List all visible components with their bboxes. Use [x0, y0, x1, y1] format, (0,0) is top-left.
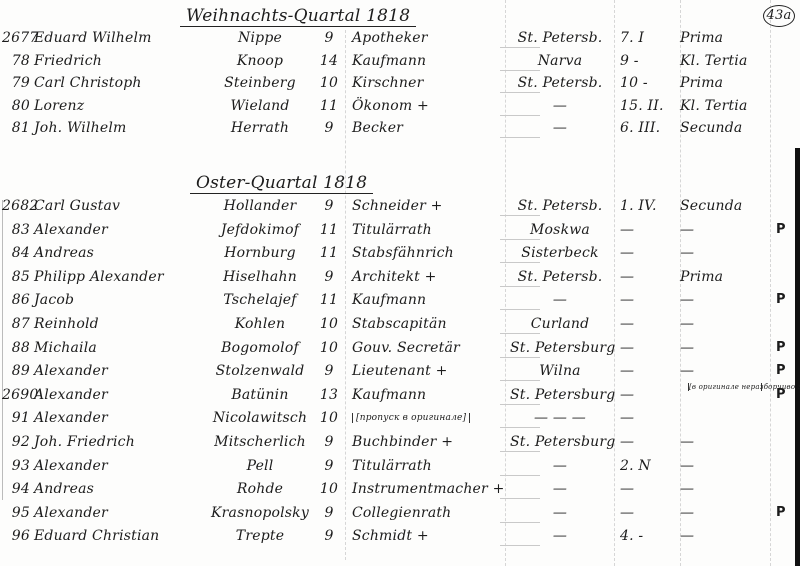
surname: Hornburg [210, 245, 310, 261]
first-name: Lorenz [34, 98, 84, 114]
grade: [в оригинале неразборчиво запись] [688, 383, 762, 391]
origin-place: St. Petersb. [510, 75, 610, 91]
father-occupation: Apotheker [352, 30, 428, 46]
ruled-line [500, 115, 540, 116]
class-entry: — [620, 434, 668, 450]
table-row: 92Joh. FriedrichMitscherlich9Buchbinder … [0, 434, 795, 456]
father-occupation: Titulärrath [352, 458, 432, 474]
first-name: Carl Gustav [34, 198, 120, 214]
grade: Prima [680, 75, 770, 91]
father-occupation: Becker [352, 120, 403, 136]
entry-number: 2682 [2, 198, 30, 214]
first-name: Carl Christoph [34, 75, 142, 91]
ruled-line [500, 137, 540, 138]
table-row: 2682Carl GustavHollander9Schneider +St. … [0, 198, 795, 220]
ruled-line [500, 47, 540, 48]
father-occupation: Stabsfähnrich [352, 245, 454, 261]
age: 10 [318, 75, 340, 91]
age: 9 [318, 120, 340, 136]
origin-place: — [510, 458, 610, 474]
first-name: Alexander [34, 458, 108, 474]
father-occupation: Ökonom + [352, 98, 429, 114]
grade: — [680, 363, 770, 379]
grade: — [680, 528, 770, 544]
entry-number: 88 [2, 340, 30, 356]
surname: Pell [210, 458, 310, 474]
age: 9 [318, 505, 340, 521]
grade: — [680, 292, 770, 308]
entry-number: 80 [2, 98, 30, 114]
class-entry: — [620, 363, 668, 379]
first-name: Andreas [34, 245, 94, 261]
grade: Prima [680, 30, 770, 46]
table-row: 87ReinholdKohlen10StabscapitänCurland—— [0, 316, 795, 338]
table-row: 85Philipp AlexanderHiselhahn9Architekt +… [0, 269, 795, 291]
ruled-line [500, 262, 540, 263]
first-name: Alexander [34, 363, 108, 379]
class-entry: 10 - [620, 75, 668, 91]
class-entry: — [620, 481, 668, 497]
table-row: 81Joh. WilhelmHerrath9Becker—6. III.Secu… [0, 120, 795, 142]
first-name: Joh. Wilhelm [34, 120, 127, 136]
scan-edge [795, 148, 800, 566]
first-name: Philipp Alexander [34, 269, 164, 285]
ruled-line [500, 357, 540, 358]
section-title-oster: Oster-Quartal 1818 [190, 173, 373, 194]
age: 9 [318, 198, 340, 214]
surname: Mitscherlich [210, 434, 310, 450]
age: 11 [318, 98, 340, 114]
entry-number: 84 [2, 245, 30, 261]
age: 9 [318, 30, 340, 46]
ruled-line [500, 427, 540, 428]
mark: P [776, 505, 790, 520]
table-row: 91AlexanderNicolawitsch10[пропуск в ориг… [0, 410, 795, 432]
surname: Rohde [210, 481, 310, 497]
section-title-weihnachts: Weihnachts-Quartal 1818 [180, 6, 416, 27]
age: 9 [318, 528, 340, 544]
age: 9 [318, 363, 340, 379]
table-row: 79Carl ChristophSteinberg10KirschnerSt. … [0, 75, 795, 97]
ruled-line [500, 451, 540, 452]
ruled-line [500, 404, 540, 405]
class-entry: — [620, 340, 668, 356]
origin-place: St. Petersburg [510, 434, 610, 450]
table-row: 95AlexanderKrasnopolsky9Collegienrath———… [0, 505, 795, 527]
table-row: 83AlexanderJefdokimof11TitulärrathMoskwa… [0, 222, 795, 244]
table-row: 93AlexanderPell9Titulärrath—2. N— [0, 458, 795, 480]
ruled-line [500, 286, 540, 287]
class-entry: — [620, 222, 668, 238]
ruled-line [500, 70, 540, 71]
ruled-line [500, 239, 540, 240]
class-entry: 15. II. [620, 98, 668, 114]
entry-number: 96 [2, 528, 30, 544]
grade: — [680, 316, 770, 332]
ruled-line [500, 475, 540, 476]
grade: — [680, 481, 770, 497]
class-entry: 2. N [620, 458, 668, 474]
class-entry: 9 - [620, 53, 668, 69]
father-occupation: Instrumentmacher + [352, 481, 505, 497]
entry-number: 78 [2, 53, 30, 69]
father-occupation: Kaufmann [352, 53, 426, 69]
origin-place: Moskwa [510, 222, 610, 238]
surname: Jefdokimof [210, 222, 310, 238]
father-occupation: Schneider + [352, 198, 443, 214]
origin-place: St. Petersburg [510, 387, 610, 403]
table-row: 84AndreasHornburg11StabsfähnrichSisterbe… [0, 245, 795, 267]
father-occupation: Collegienrath [352, 505, 451, 521]
origin-place: — [510, 481, 610, 497]
origin-place: — [510, 528, 610, 544]
table-row: 78FriedrichKnoop14KaufmannNarva9 -Kl. Te… [0, 53, 795, 75]
table-row: 96Eduard ChristianTrepte9Schmidt +—4. -— [0, 528, 795, 550]
entry-number: 95 [2, 505, 30, 521]
entry-number: 89 [2, 363, 30, 379]
entry-number: 93 [2, 458, 30, 474]
father-occupation: [пропуск в оригинале] [352, 413, 470, 423]
ruled-line [500, 498, 540, 499]
first-name: Alexander [34, 410, 108, 426]
grade: — [680, 505, 770, 521]
first-name: Friedrich [34, 53, 102, 69]
age: 10 [318, 316, 340, 332]
origin-place: Sisterbeck [510, 245, 610, 261]
father-occupation: Kaufmann [352, 292, 426, 308]
table-row: 2677Eduard WilhelmNippe9ApothekerSt. Pet… [0, 30, 795, 52]
father-occupation: Lieutenant + [352, 363, 448, 379]
entry-number: 92 [2, 434, 30, 450]
table-row: 89AlexanderStolzenwald9Lieutenant +Wilna… [0, 363, 795, 385]
class-entry: — [620, 387, 668, 403]
ruled-line [500, 380, 540, 381]
surname: Batünin [210, 387, 310, 403]
mark: P [776, 340, 790, 355]
father-occupation: Buchbinder + [352, 434, 453, 450]
origin-place: — [510, 98, 610, 114]
grade: Secunda [680, 120, 770, 136]
age: 11 [318, 245, 340, 261]
origin-place: — [510, 120, 610, 136]
father-occupation: Stabscapitän [352, 316, 447, 332]
ruled-line [500, 522, 540, 523]
mark: P [776, 363, 790, 378]
surname: Stolzenwald [210, 363, 310, 379]
origin-place: St. Petersb. [510, 30, 610, 46]
age: 14 [318, 53, 340, 69]
surname: Wieland [210, 98, 310, 114]
class-entry: — [620, 269, 668, 285]
first-name: Alexander [34, 505, 108, 521]
entry-number: 2677 [2, 30, 30, 46]
origin-place: Curland [510, 316, 610, 332]
surname: Hollander [210, 198, 310, 214]
entry-number: 87 [2, 316, 30, 332]
class-entry: — [620, 245, 668, 261]
mark: P [776, 387, 790, 402]
entry-number: 86 [2, 292, 30, 308]
surname: Krasnopolsky [210, 505, 310, 521]
father-occupation: Titulärrath [352, 222, 432, 238]
table-row: 88MichailaBogomolof10Gouv. SecretärSt. P… [0, 340, 795, 362]
grade: — [680, 222, 770, 238]
mark: P [776, 222, 790, 237]
surname: Nippe [210, 30, 310, 46]
entry-number: 91 [2, 410, 30, 426]
table-row: 2690AlexanderBatünin13KaufmannSt. Peters… [0, 387, 795, 409]
class-entry: 7. I [620, 30, 668, 46]
table-row: 80LorenzWieland11Ökonom +—15. II.Kl. Ter… [0, 98, 795, 120]
age: 9 [318, 434, 340, 450]
father-occupation: Kirschner [352, 75, 423, 91]
entry-number: 94 [2, 481, 30, 497]
origin-place: St. Petersb. [510, 198, 610, 214]
surname: Steinberg [210, 75, 310, 91]
origin-place: St. Petersb. [510, 269, 610, 285]
class-entry: 6. III. [620, 120, 668, 136]
first-name: Alexander [34, 222, 108, 238]
grade: Prima [680, 269, 770, 285]
origin-place: — — — [510, 410, 610, 426]
grade: — [680, 340, 770, 356]
surname: Kohlen [210, 316, 310, 332]
ruled-line [500, 215, 540, 216]
origin-place: Wilna [510, 363, 610, 379]
first-name: Jacob [34, 292, 74, 308]
class-entry: — [620, 292, 668, 308]
age: 11 [318, 292, 340, 308]
grade: — [680, 245, 770, 261]
entry-number: 83 [2, 222, 30, 238]
ruled-line [500, 333, 540, 334]
first-name: Eduard Christian [34, 528, 159, 544]
surname: Tschelajef [210, 292, 310, 308]
age: 10 [318, 410, 340, 426]
age: 13 [318, 387, 340, 403]
ruled-line [500, 92, 540, 93]
grade: — [680, 458, 770, 474]
first-name: Eduard Wilhelm [34, 30, 152, 46]
grade: Secunda [680, 198, 770, 214]
table-row: 86JacobTschelajef11Kaufmann———P [0, 292, 795, 314]
ruled-line [500, 309, 540, 310]
age: 9 [318, 269, 340, 285]
surname: Trepte [210, 528, 310, 544]
grade: — [680, 434, 770, 450]
age: 9 [318, 458, 340, 474]
entry-number: 81 [2, 120, 30, 136]
first-name: Michaila [34, 340, 97, 356]
origin-place: St. Petersburg [510, 340, 610, 356]
father-occupation: Kaufmann [352, 387, 426, 403]
origin-place: — [510, 292, 610, 308]
father-occupation: Gouv. Secretär [352, 340, 460, 356]
surname: Bogomolof [210, 340, 310, 356]
father-occupation: Architekt + [352, 269, 437, 285]
first-name: Alexander [34, 387, 108, 403]
surname: Knoop [210, 53, 310, 69]
origin-place: — [510, 505, 610, 521]
origin-place: Narva [510, 53, 610, 69]
mark: P [776, 292, 790, 307]
entry-number: 79 [2, 75, 30, 91]
father-occupation: Schmidt + [352, 528, 429, 544]
entry-number: 85 [2, 269, 30, 285]
age: 10 [318, 481, 340, 497]
entry-number: 2690 [2, 387, 30, 403]
surname: Nicolawitsch [210, 410, 310, 426]
class-entry: — [620, 505, 668, 521]
surname: Hiselhahn [210, 269, 310, 285]
ruled-line [500, 545, 540, 546]
class-entry: 1. IV. [620, 198, 668, 214]
grade: Kl. Tertia [680, 53, 770, 69]
class-entry: — [620, 410, 668, 426]
table-row: 94AndreasRohde10Instrumentmacher +——— [0, 481, 795, 503]
class-entry: 4. - [620, 528, 668, 544]
first-name: Reinhold [34, 316, 99, 332]
page-number: 43a [763, 5, 795, 27]
class-entry: — [620, 316, 668, 332]
age: 10 [318, 340, 340, 356]
surname: Herrath [210, 120, 310, 136]
first-name: Andreas [34, 481, 94, 497]
first-name: Joh. Friedrich [34, 434, 135, 450]
age: 11 [318, 222, 340, 238]
grade: Kl. Tertia [680, 98, 770, 114]
register-page: 43a Weihnachts-Quartal 1818 2677Eduard W… [0, 0, 800, 566]
